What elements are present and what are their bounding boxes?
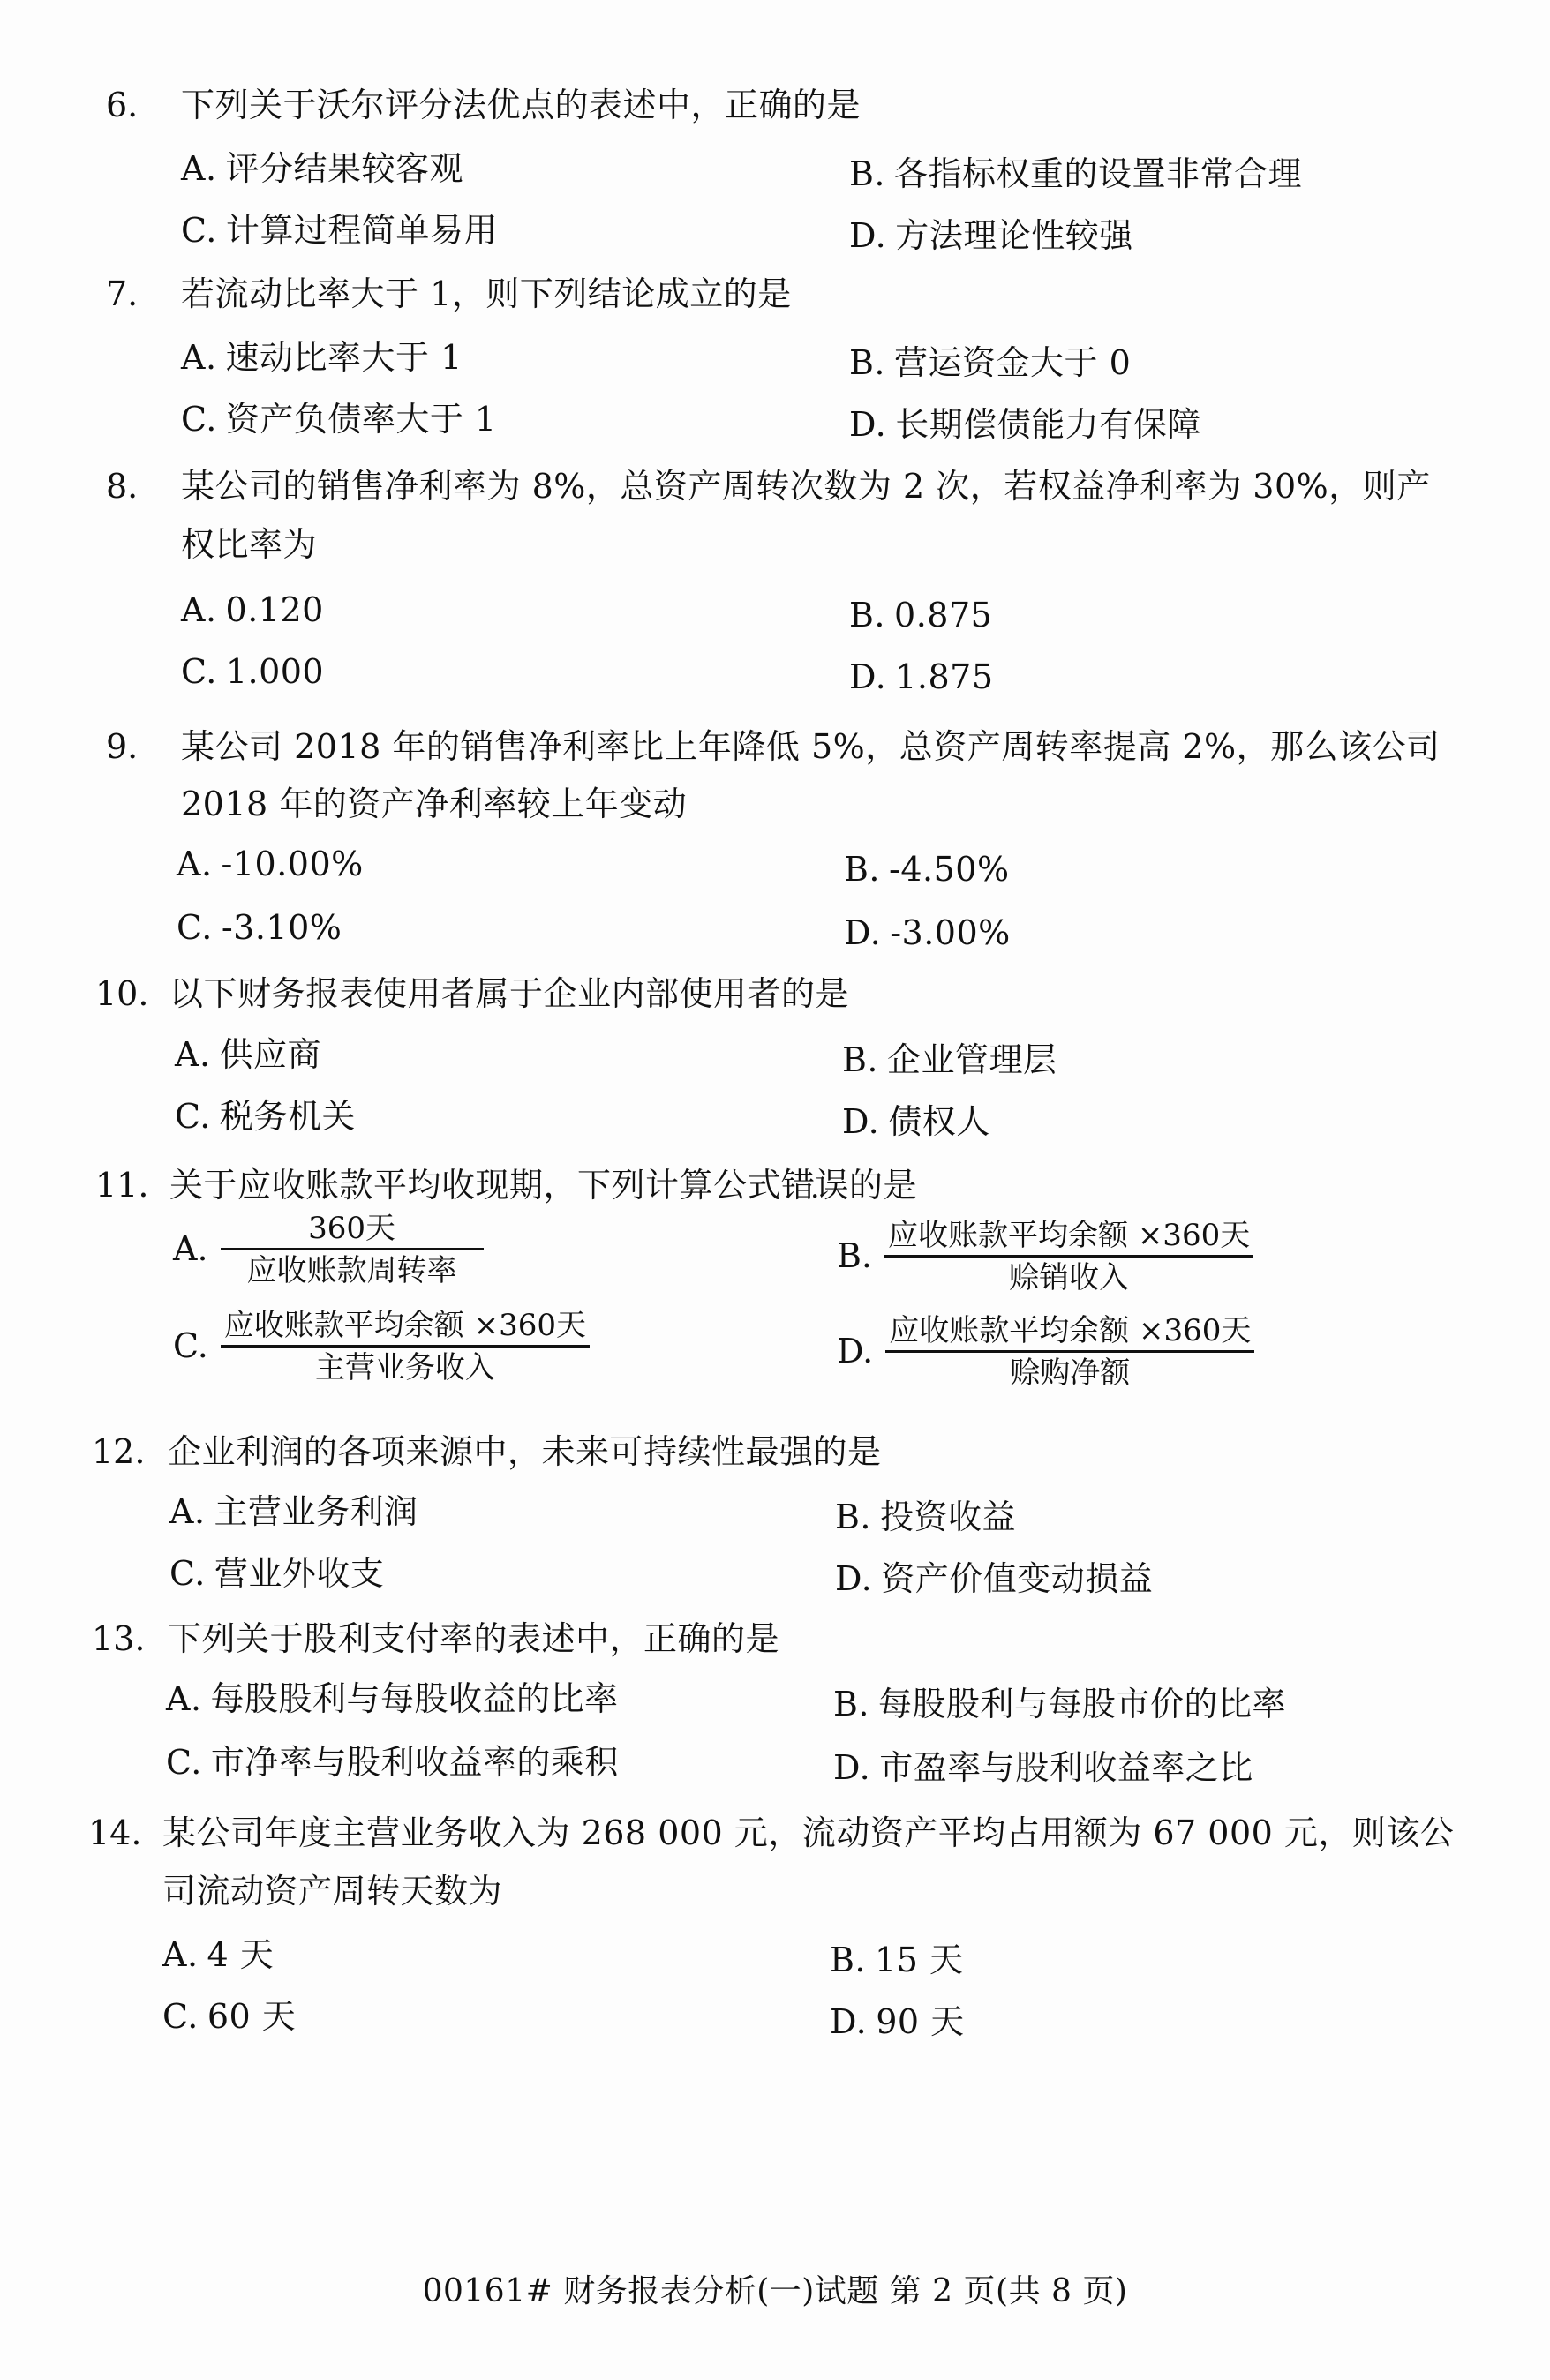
option-text: 速动比率大于 1 [226, 338, 463, 377]
question-stem: 下列关于沃尔评分法优点的表述中，正确的是 [181, 78, 861, 132]
option-c[interactable]: C.营业外收支 [169, 1546, 384, 1601]
option-text: 60 天 [207, 1997, 296, 2036]
fraction-numerator: 360天 [221, 1209, 484, 1250]
option-c[interactable]: C.60 天 [162, 1989, 296, 2044]
question-number: 8. [106, 459, 138, 514]
stem-emphasis: 错误 [781, 1166, 849, 1205]
option-label: D. [849, 208, 886, 263]
option-text: 4 天 [207, 1935, 275, 1974]
fraction: 应收账款平均余额 ×360天 主营业务收入 [221, 1306, 590, 1388]
option-label: A. [181, 141, 217, 196]
option-label: A. [173, 1221, 208, 1276]
fraction: 应收账款平均余额 ×360天 赊销收入 [884, 1216, 1253, 1298]
option-text: 评分结果较客观 [226, 149, 464, 188]
question-stem: 若流动比率大于 1，则下列结论成立的是 [181, 267, 792, 321]
option-text: 各指标权重的设置非常合理 [894, 154, 1302, 193]
option-a[interactable]: A.主营业务利润 [169, 1484, 418, 1539]
option-label: C. [181, 644, 217, 699]
option-text: 营运资金大于 0 [894, 343, 1131, 382]
option-text: 长期偿债能力有保障 [895, 405, 1201, 444]
option-label: C. [169, 1546, 206, 1601]
option-text: 0.120 [226, 590, 324, 629]
option-text: 税务机关 [220, 1097, 356, 1136]
option-text: 投资收益 [880, 1498, 1016, 1536]
question-number: 12. [92, 1424, 145, 1479]
option-b[interactable]: B.0.875 [849, 588, 992, 642]
option-label: A. [177, 837, 213, 891]
option-label: D. [837, 1324, 873, 1378]
option-label: C. [177, 900, 213, 955]
fraction-numerator: 应收账款平均余额 ×360天 [884, 1216, 1253, 1258]
option-b[interactable]: B.营运资金大于 0 [849, 335, 1131, 390]
option-c[interactable]: C.市净率与股利收益率的乘积 [166, 1735, 619, 1790]
option-a[interactable]: A.评分结果较客观 [181, 141, 463, 196]
question-stem-line-2: 司流动资产周转天数为 [162, 1864, 502, 1918]
option-text: -10.00% [222, 845, 364, 883]
option-text: 方法理论性较强 [895, 216, 1133, 255]
fraction-denominator: 赊购净额 [1010, 1353, 1130, 1393]
option-label: D. [849, 397, 886, 452]
option-text: 企业管理层 [887, 1040, 1057, 1079]
question-stem-line-1: 某公司年度主营业务收入为 268 000 元，流动资产平均占用额为 67 000… [162, 1806, 1454, 1860]
option-label: B. [830, 1933, 866, 1987]
option-label: C. [175, 1089, 211, 1144]
fraction-numerator: 应收账款平均余额 ×360天 [885, 1311, 1254, 1353]
option-text: -3.00% [890, 913, 1011, 952]
fraction: 360天 应收账款周转率 [221, 1209, 484, 1291]
option-label: B. [849, 588, 885, 642]
option-text: 资产负债率大于 1 [226, 400, 497, 439]
question-number: 13. [92, 1611, 145, 1666]
question-stem: 以下财务报表使用者属于企业内部使用者的是 [169, 966, 849, 1021]
option-label: C. [173, 1318, 208, 1373]
option-a[interactable]: A.-10.00% [177, 837, 364, 891]
option-b[interactable]: B. 应收账款平均余额 ×360天 赊销收入 [837, 1216, 1253, 1298]
option-label: A. [181, 330, 217, 385]
question-number: 7. [106, 267, 138, 321]
option-c[interactable]: C.税务机关 [175, 1089, 356, 1144]
option-b[interactable]: B.投资收益 [835, 1490, 1016, 1544]
question-stem: 企业利润的各项来源中，未来可持续性最强的是 [168, 1424, 882, 1479]
question-number: 14. [88, 1806, 141, 1860]
option-text: 计算过程简单易用 [226, 211, 498, 250]
option-a[interactable]: A.0.120 [181, 582, 324, 637]
option-a[interactable]: A. 360天 应收账款周转率 [173, 1209, 484, 1291]
option-a[interactable]: A.速动比率大于 1 [181, 330, 463, 385]
option-b[interactable]: B.每股股利与每股市价的比率 [833, 1677, 1286, 1731]
option-label: B. [844, 842, 880, 897]
option-label: B. [842, 1032, 878, 1087]
option-label: D. [849, 649, 886, 704]
stem-suffix: 的是 [849, 1166, 917, 1205]
option-b[interactable]: B.-4.50% [844, 842, 1010, 897]
option-text: -4.50% [889, 850, 1010, 889]
option-label: A. [175, 1027, 211, 1082]
option-text: 市净率与股利收益率的乘积 [211, 1743, 619, 1782]
option-text: 1.875 [895, 657, 993, 696]
option-text: 债权人 [888, 1102, 990, 1141]
option-c[interactable]: C.1.000 [181, 644, 324, 699]
option-label: A. [169, 1484, 206, 1539]
option-text: 资产价值变动损益 [881, 1559, 1153, 1598]
option-label: B. [833, 1677, 869, 1731]
option-text: 营业外收支 [214, 1554, 385, 1593]
question-stem-line-1: 某公司 2018 年的销售净利率比上年降低 5%，总资产周转率提高 2%，那么该… [181, 719, 1441, 774]
option-label: A. [181, 582, 217, 637]
question-stem: 下列关于股利支付率的表述中，正确的是 [168, 1611, 779, 1666]
option-label: B. [849, 146, 885, 201]
question-number: 10. [95, 966, 148, 1021]
option-a[interactable]: A.每股股利与每股收益的比率 [166, 1671, 619, 1726]
option-text: 市盈率与股利收益率之比 [879, 1748, 1253, 1787]
option-d[interactable]: D.-3.00% [844, 905, 1011, 960]
option-label: C. [162, 1989, 199, 2044]
fraction-numerator: 应收账款平均余额 ×360天 [221, 1306, 590, 1348]
option-text: 0.875 [894, 596, 992, 634]
question-number: 6. [106, 78, 138, 132]
option-d[interactable]: D.方法理论性较强 [849, 208, 1133, 263]
option-c[interactable]: C. 应收账款平均余额 ×360天 主营业务收入 [173, 1306, 590, 1388]
option-c[interactable]: C.计算过程简单易用 [181, 203, 498, 258]
option-text: -3.10% [222, 908, 342, 947]
option-d[interactable]: D.1.875 [849, 649, 994, 704]
option-d[interactable]: D. 应收账款平均余额 ×360天 赊购净额 [837, 1311, 1254, 1393]
option-b[interactable]: B.各指标权重的设置非常合理 [849, 146, 1302, 201]
question-number: 11. [95, 1158, 148, 1213]
option-b[interactable]: B.企业管理层 [842, 1032, 1057, 1087]
option-text: 主营业务利润 [214, 1492, 418, 1531]
option-d[interactable]: D.长期偿债能力有保障 [849, 397, 1201, 452]
question-stem-line-1: 某公司的销售净利率为 8%，总资产周转次数为 2 次，若权益净利率为 30%，则… [181, 459, 1431, 514]
option-d[interactable]: D.市盈率与股利收益率之比 [833, 1740, 1253, 1795]
option-label: D. [835, 1551, 872, 1606]
option-label: D. [844, 905, 881, 960]
option-text: 90 天 [876, 2002, 964, 2041]
fraction: 应收账款平均余额 ×360天 赊购净额 [885, 1311, 1254, 1393]
option-text: 1.000 [226, 652, 324, 691]
fraction-denominator: 主营业务收入 [315, 1348, 495, 1388]
option-label: C. [166, 1735, 202, 1790]
option-label: A. [162, 1927, 199, 1982]
option-b[interactable]: B.15 天 [830, 1933, 963, 1987]
option-text: 每股股利与每股市价的比率 [878, 1685, 1286, 1723]
option-label: C. [181, 392, 217, 447]
option-label: C. [181, 203, 217, 258]
question-number: 9. [106, 719, 138, 774]
fraction-denominator: 赊销收入 [1009, 1258, 1129, 1298]
option-label: A. [166, 1671, 202, 1726]
stem-prefix: 关于应收账款平均收现期，下列计算公式 [169, 1166, 781, 1205]
fraction-denominator: 应收账款周转率 [247, 1250, 457, 1291]
option-label: D. [833, 1740, 870, 1795]
exam-page: 6. 下列关于沃尔评分法优点的表述中，正确的是 A.评分结果较客观 B.各指标权… [0, 0, 1550, 2380]
option-d[interactable]: D.资产价值变动损益 [835, 1551, 1153, 1606]
option-a[interactable]: A.4 天 [162, 1927, 274, 1982]
option-a[interactable]: A.供应商 [175, 1027, 321, 1082]
question-stem: 关于应收账款平均收现期，下列计算公式错误的是 [169, 1158, 917, 1213]
page-footer: 00161# 财务报表分析(一)试题 第 2 页(共 8 页) [0, 2266, 1550, 2311]
option-text: 供应商 [220, 1035, 322, 1074]
option-c[interactable]: C.资产负债率大于 1 [181, 392, 497, 447]
option-label: B. [849, 335, 885, 390]
question-stem-line-2: 权比率为 [181, 517, 317, 572]
option-c[interactable]: C.-3.10% [177, 900, 342, 955]
option-d[interactable]: D.90 天 [830, 1994, 965, 2049]
option-label: D. [842, 1094, 879, 1149]
option-label: D. [830, 1994, 867, 2049]
option-d[interactable]: D.债权人 [842, 1094, 990, 1149]
option-label: B. [837, 1228, 872, 1283]
question-stem-line-2: 2018 年的资产净利率较上年变动 [181, 777, 687, 831]
option-text: 每股股利与每股收益的比率 [211, 1679, 619, 1718]
option-label: B. [835, 1490, 871, 1544]
option-text: 15 天 [875, 1941, 963, 1979]
